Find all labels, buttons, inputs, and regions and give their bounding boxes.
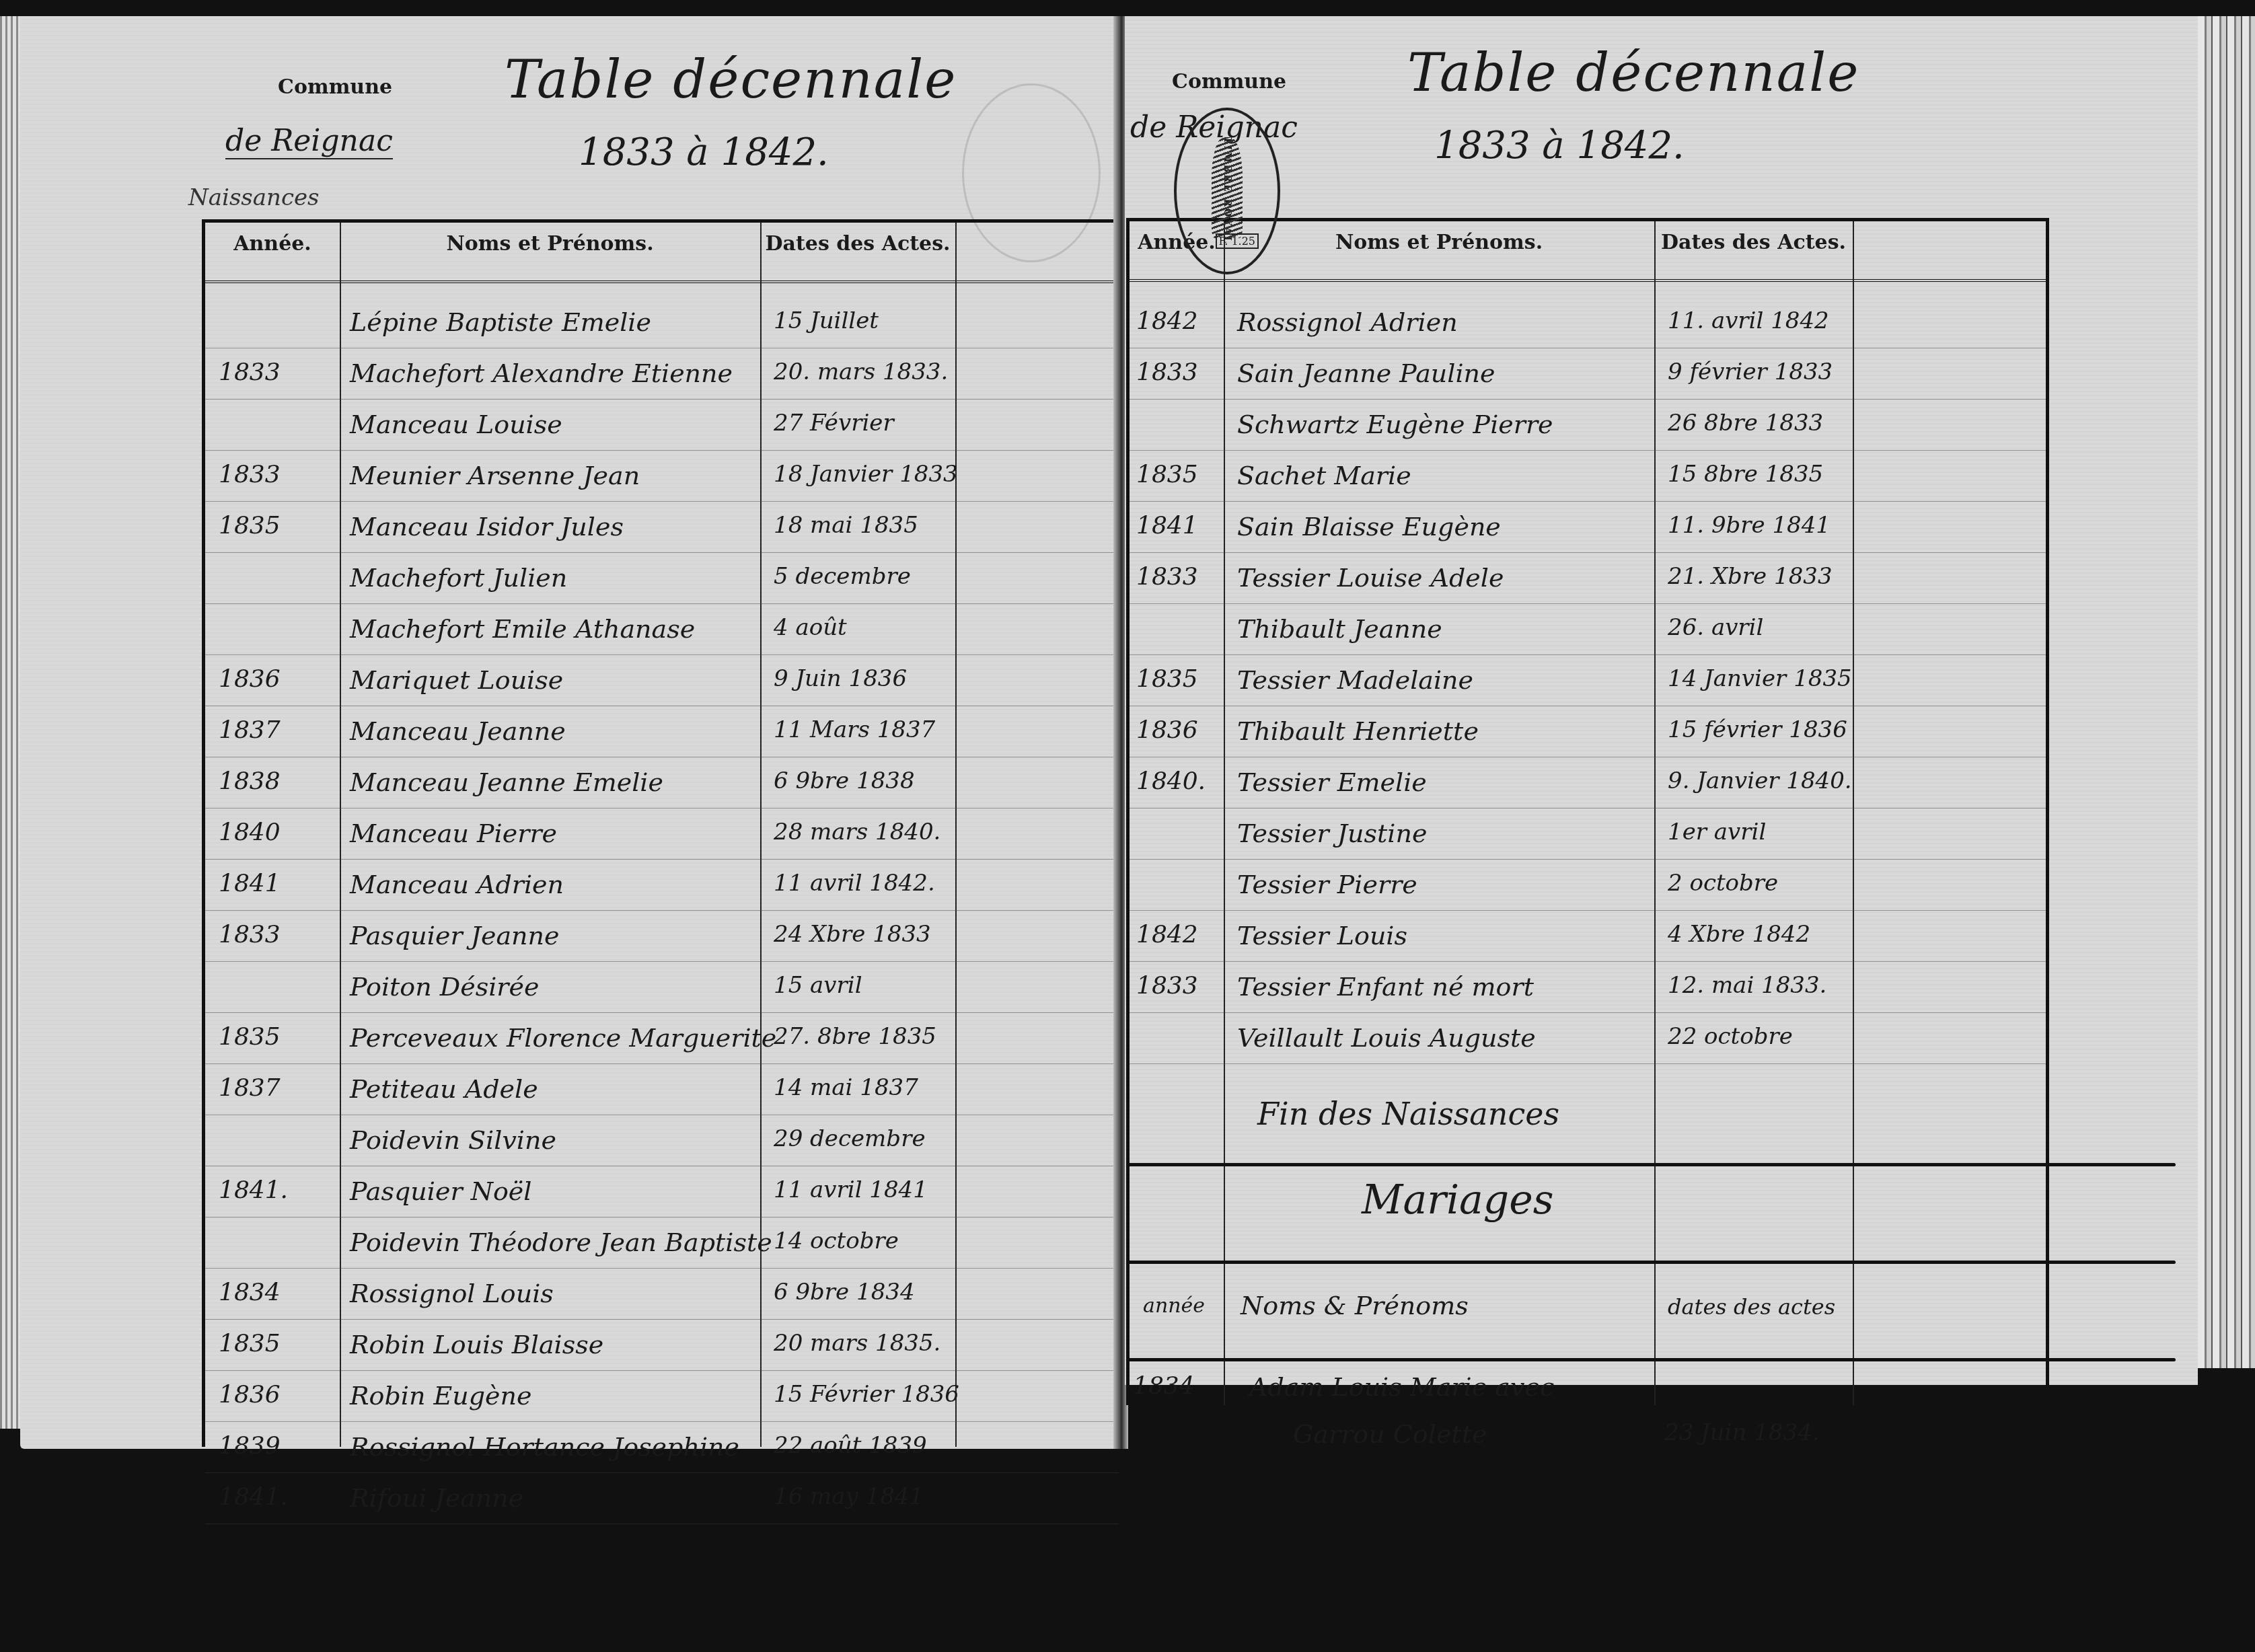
row-ruling [1130,348,2046,348]
book-left-edge [0,16,20,1429]
table-cell-date: 20 mars 1835. [774,1330,940,1357]
table-cell-name: Pasquier Jeanne [350,921,560,950]
page-years: 1833 à 1842. [1434,124,1685,167]
table-cell-date: 9. Janvier 1840. [1668,767,1852,794]
table-cell-name: Tessier Madelaine [1237,665,1473,695]
table-cell-name: Tessier Enfant né mort [1237,972,1534,1002]
row-ruling [205,399,1119,400]
table-cell-year: 1835 [1136,461,1198,488]
table-cell-year: 1836 [219,1381,281,1409]
table-cell-name: Poidevin Silvine [350,1125,556,1155]
table-cell-name: Tessier Pierre [1237,870,1417,899]
row-ruling [205,450,1119,451]
table-cell-name: Machefort Alexandre Etienne [350,359,733,388]
table-cell-name: Manceau Louise [350,410,562,439]
table-header: Année. Noms et Prénoms. Dates des Actes. [205,223,1119,283]
row-ruling [1130,757,2046,757]
stamp-price: F. 1.25 [1216,233,1259,249]
royal-stamp: TIMBRE ROYAL F. 1.25 [1174,108,1280,274]
page-years: 1833 à 1842. [579,130,829,174]
table-cell-date: 14 mai 1837 [774,1074,918,1101]
stamp-figure-icon [1212,137,1243,238]
table-cell-name: Machefort Julien [350,563,567,593]
table-cell-name: Perceveaux Florence Marguerite [350,1023,776,1053]
row-ruling [1130,1012,2046,1013]
table-cell-name: Poidevin Théodore Jean Baptiste [350,1228,772,1257]
table-cell-name: Thibault Henriette [1237,716,1479,746]
table-cell-name: Thibault Jeanne [1237,614,1442,644]
marriages-title: Mariages [1362,1176,1554,1224]
table-cell-date: 9 février 1833 [1668,359,1833,385]
table-cell-year: 1842 [1136,307,1198,335]
table-cell-name: Robin Louis Blaisse [350,1330,603,1359]
table-cell-name: Tessier Louis [1237,921,1407,950]
table-cell-year: 1833 [219,359,281,386]
table-cell-date: 11. 9bre 1841 [1668,512,1831,539]
marriage-cell-name: Adam Louis Marie avec [1249,1372,1554,1402]
row-ruling [1130,501,2046,502]
table-cell-year: 1833 [1136,563,1198,591]
table-cell-date: 2 octobre [1668,870,1778,897]
table-cell-date: 11 avril 1841 [774,1176,928,1203]
table-cell-date: 22 octobre [1668,1023,1793,1050]
table-cell-date: 15 Juillet [774,307,879,334]
marriages-header-year: année [1143,1294,1205,1318]
row-ruling [205,961,1119,962]
row-ruling [1130,603,2046,604]
table-cell-date: 4 Xbre 1842 [1668,921,1810,948]
table-cell-date: 15 avril [774,972,862,999]
table-cell-name: Poiton Désirée [350,972,540,1002]
table-cell-date: 15 février 1836 [1668,716,1847,743]
table-cell-name: Mariquet Louise [350,665,563,695]
table-cell-name: Petiteau Adele [350,1074,538,1104]
section-divider [1126,1261,2176,1264]
table-cell-year: 1833 [1136,972,1198,1000]
table-cell-year: 1836 [1136,716,1198,744]
row-ruling [205,654,1119,655]
table-cell-date: 5 decembre [774,563,911,590]
table-cell-name: Manceau Adrien [350,870,564,899]
row-ruling [1130,399,2046,400]
column-divider [760,223,762,1447]
table-cell-year: 1840. [1136,767,1206,795]
row-ruling [205,1472,1119,1473]
table-cell-name: Veillault Louis Auguste [1237,1023,1536,1053]
table-cell-name: Sain Jeanne Pauline [1237,359,1495,388]
row-ruling [1130,808,2046,809]
table-cell-year: 1835 [219,1330,281,1357]
row-ruling [205,1268,1119,1269]
marriage-cell-date: 23 Juin 1834. [1664,1419,1820,1446]
table-cell-year: 1837 [219,716,281,744]
table-cell-name: Rossignol Adrien [1237,307,1458,337]
table-cell-year: 1838 [219,767,281,795]
table-cell-name: Pasquier Noël [350,1176,531,1206]
row-ruling [205,757,1119,757]
row-ruling [1130,910,2046,911]
book-page-edges [2198,16,2255,1368]
row-ruling [205,1115,1119,1115]
births-table-right: Année. Noms et Prénoms. Dates des Actes.… [1126,218,2049,1405]
row-ruling [205,808,1119,809]
header-dates: Dates des Actes. [760,232,955,256]
table-cell-date: 20. mars 1833. [774,359,948,385]
row-ruling [205,501,1119,502]
row-ruling [1130,706,2046,706]
table-cell-date: 27. 8bre 1835 [774,1023,936,1050]
header-year: Année. [205,232,340,256]
table-cell-name: Tessier Louise Adele [1237,563,1504,593]
table-cell-date: 28 mars 1840. [774,819,940,846]
table-cell-year: 1835 [219,1023,281,1051]
table-cell-date: 15 Février 1836 [774,1381,959,1408]
row-ruling [205,1012,1119,1013]
row-ruling [205,859,1119,860]
table-cell-date: 11. avril 1842 [1668,307,1829,334]
births-table-left: Année. Noms et Prénoms. Dates des Actes.… [202,219,1122,1447]
table-cell-date: 11 avril 1842. [774,870,935,897]
table-cell-year: 1833 [219,461,281,488]
table-cell-year: 1841. [219,1176,288,1204]
row-ruling [205,1421,1119,1422]
table-cell-date: 9 Juin 1836 [774,665,907,692]
row-ruling [205,1524,1119,1524]
table-cell-name: Tessier Justine [1237,819,1427,848]
table-cell-name: Sain Blaisse Eugène [1237,512,1501,541]
section-divider [1126,1358,2176,1361]
table-cell-date: 24 Xbre 1833 [774,921,931,948]
table-cell-date: 26. avril [1668,614,1763,641]
marriage-cell-year: 1834 [1133,1372,1195,1400]
page-title: Table décennale [1407,43,1859,104]
table-cell-year: 1835 [219,512,281,539]
table-cell-name: Sachet Marie [1237,461,1411,490]
row-ruling [205,1063,1119,1064]
table-cell-year: 1839 [219,1432,281,1460]
commune-name: de Reignac [225,124,393,159]
header-dates: Dates des Actes. [1654,231,1853,254]
table-cell-year: 1840 [219,819,281,846]
table-cell-name: Manceau Pierre [350,819,557,848]
row-ruling [205,348,1119,348]
table-cell-date: 18 mai 1835 [774,512,918,539]
section-divider [1126,1163,2176,1166]
table-cell-year: 1841 [1136,512,1198,539]
table-cell-date: 15 8bre 1835 [1668,461,1823,488]
row-ruling [1130,859,2046,860]
table-cell-name: Rifoui Jeanne [350,1483,523,1513]
row-ruling [205,1166,1119,1166]
table-cell-name: Meunier Arsenne Jean [350,461,640,490]
table-cell-date: 27 Février [774,410,894,437]
table-cell-date: 6 9bre 1838 [774,767,915,794]
table-cell-year: 1833 [219,921,281,948]
row-ruling [1130,450,2046,451]
table-cell-year: 1841. [219,1483,288,1511]
table-cell-date: 21. Xbre 1833 [1668,563,1833,590]
end-of-births-note: Fin des Naissances [1257,1096,1559,1132]
table-cell-year: 1837 [219,1074,281,1102]
table-cell-year: 1834 [219,1279,281,1306]
row-ruling [205,1217,1119,1217]
row-ruling [205,1370,1119,1371]
table-cell-date: 14 octobre [774,1228,899,1254]
table-cell-year: 1836 [219,665,281,693]
table-cell-year: 1833 [1136,359,1198,386]
table-cell-date: 12. mai 1833. [1668,972,1826,999]
table-cell-date: 1er avril [1668,819,1766,846]
table-cell-date: 18 Janvier 1833 [774,461,958,488]
row-ruling [205,603,1119,604]
table-cell-year: 1842 [1136,921,1198,948]
marriages-header-names: Noms & Prénoms [1241,1291,1469,1320]
row-ruling [1130,654,2046,655]
table-cell-name: Rossignol Louis [350,1279,554,1308]
row-ruling [1130,961,2046,962]
table-cell-date: 14 Janvier 1835 [1668,665,1852,692]
table-cell-date: 16 may 1841 [774,1483,924,1510]
row-ruling [205,706,1119,706]
table-cell-date: 26 8bre 1833 [1668,410,1823,437]
table-cell-name: Tessier Emelie [1237,767,1427,797]
table-cell-name: Rossignol Hortance Josephine [350,1432,739,1462]
right-page: Commune de Reignac Table décennale 1833 … [1125,16,2198,1385]
section-note: Naissances [188,184,320,211]
table-cell-name: Robin Eugène [350,1381,532,1411]
table-cell-date: 11 Mars 1837 [774,716,935,743]
table-cell-name: Machefort Emile Athanase [350,614,695,644]
commune-label: Commune [1172,70,1286,93]
table-cell-name: Manceau Jeanne Emelie [350,767,663,797]
table-cell-date: 6 9bre 1834 [774,1279,915,1306]
table-cell-year: 1841 [219,870,281,897]
marriage-cell-name: Garrou Colette [1293,1419,1487,1449]
header-names: Noms et Prénoms. [340,232,760,256]
row-ruling [205,910,1119,911]
marriages-header-dates: dates des actes [1668,1294,1835,1320]
table-cell-name: Manceau Isidor Jules [350,512,624,541]
table-cell-date: 29 decembre [774,1125,926,1152]
column-divider [955,223,957,1447]
table-cell-name: Manceau Jeanne [350,716,566,746]
table-cell-date: 22 août 1839 [774,1432,927,1459]
table-cell-year: 1835 [1136,665,1198,693]
column-divider [340,223,341,1447]
table-cell-name: Schwartz Eugène Pierre [1237,410,1553,439]
table-cell-name: Lépine Baptiste Emelie [350,307,651,337]
left-page: Commune de Reignac Naissances Table déce… [20,16,1120,1449]
row-ruling [205,552,1119,553]
row-ruling [205,1319,1119,1320]
commune-label: Commune [278,75,392,99]
row-ruling [1130,552,2046,553]
row-ruling [1130,1063,2046,1064]
page-title: Table décennale [505,50,957,110]
header-names: Noms et Prénoms. [1224,231,1654,254]
table-cell-date: 4 août [774,614,847,641]
